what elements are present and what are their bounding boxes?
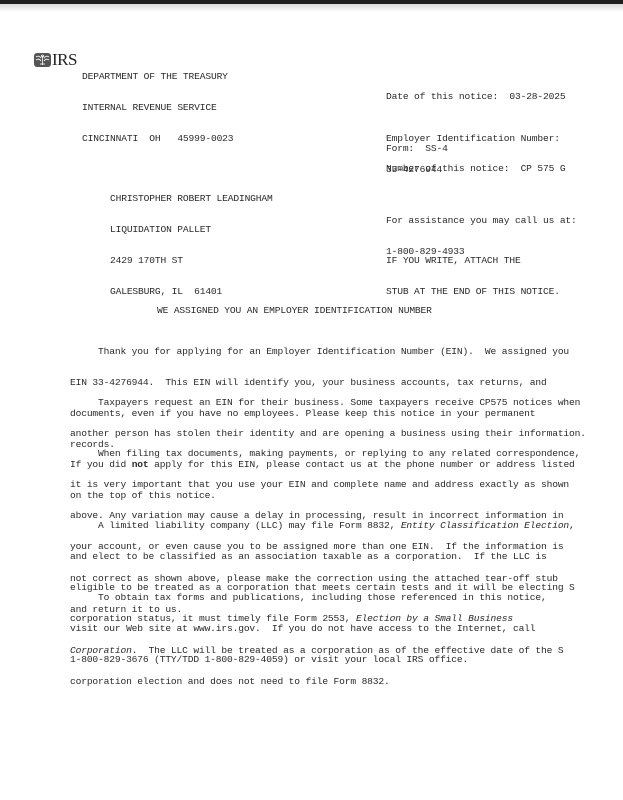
- write-note-line: STUB AT THE END OF THIS NOTICE.: [386, 287, 560, 297]
- notice-number-label: Number of this notice:: [386, 163, 509, 174]
- notice-number: Number of this notice: CP 575 G: [386, 164, 565, 174]
- agency-line: CINCINNATI OH 45999-0023: [82, 134, 233, 144]
- paragraph-tax-forms: To obtain tax forms and publications, in…: [70, 572, 610, 676]
- text-line: visit our Web site at www.irs.gov. If yo…: [70, 624, 610, 634]
- text-line: it is very important that you use your E…: [70, 480, 610, 490]
- text-line: Taxpayers request an EIN for their busin…: [70, 398, 610, 408]
- form-line: Form: SS-4: [386, 144, 448, 154]
- write-note-line: IF YOU WRITE, ATTACH THE: [386, 256, 560, 266]
- text-line: and elect to be classified as an associa…: [70, 552, 610, 562]
- irs-eagle-icon: [34, 53, 51, 67]
- recipient-business: LIQUIDATION PALLET: [110, 225, 273, 235]
- write-note: IF YOU WRITE, ATTACH THE STUB AT THE END…: [386, 235, 560, 308]
- text-line: corporation election and does not need t…: [70, 677, 610, 687]
- text-span: ,: [569, 520, 575, 531]
- form-label: Form:: [386, 143, 414, 154]
- recipient-city: GALESBURG, IL 61401: [110, 287, 273, 297]
- recipient-name: CHRISTOPHER ROBERT LEADINGHAM: [110, 194, 273, 204]
- text-line: 1-800-829-3676 (TTY/TDD 1-800-829-4059) …: [70, 655, 610, 665]
- notice-title: WE ASSIGNED YOU AN EMPLOYER IDENTIFICATI…: [157, 306, 432, 316]
- notice-date: Date of this notice: 03-28-2025: [386, 92, 565, 102]
- text-line: A limited liability company (LLC) may fi…: [70, 521, 610, 531]
- form-value: SS-4: [425, 143, 447, 154]
- text-span: A limited liability company (LLC) may fi…: [70, 520, 401, 531]
- text-line: When filing tax documents, making paymen…: [70, 449, 610, 459]
- form-title-italic: Entity Classification Election: [401, 520, 569, 531]
- recipient-address: CHRISTOPHER ROBERT LEADINGHAM LIQUIDATIO…: [110, 173, 273, 308]
- notice-number-value: CP 575 G: [521, 163, 566, 174]
- agency-address: DEPARTMENT OF THE TREASURY INTERNAL REVE…: [82, 51, 233, 155]
- agency-line: DEPARTMENT OF THE TREASURY: [82, 72, 233, 82]
- notice-date-label: Date of this notice:: [386, 91, 498, 102]
- irs-logo-text: IRS: [52, 51, 77, 68]
- agency-line: INTERNAL REVENUE SERVICE: [82, 103, 233, 113]
- text-line: To obtain tax forms and publications, in…: [70, 593, 610, 603]
- text-line: Thank you for applying for an Employer I…: [70, 347, 610, 357]
- assistance-label: For assistance you may call us at:: [386, 216, 577, 226]
- notice-date-value: 03-28-2025: [509, 91, 565, 102]
- viewer-top-shadow: [0, 4, 623, 12]
- recipient-street: 2429 170TH ST: [110, 256, 273, 266]
- irs-logo: IRS: [34, 51, 77, 68]
